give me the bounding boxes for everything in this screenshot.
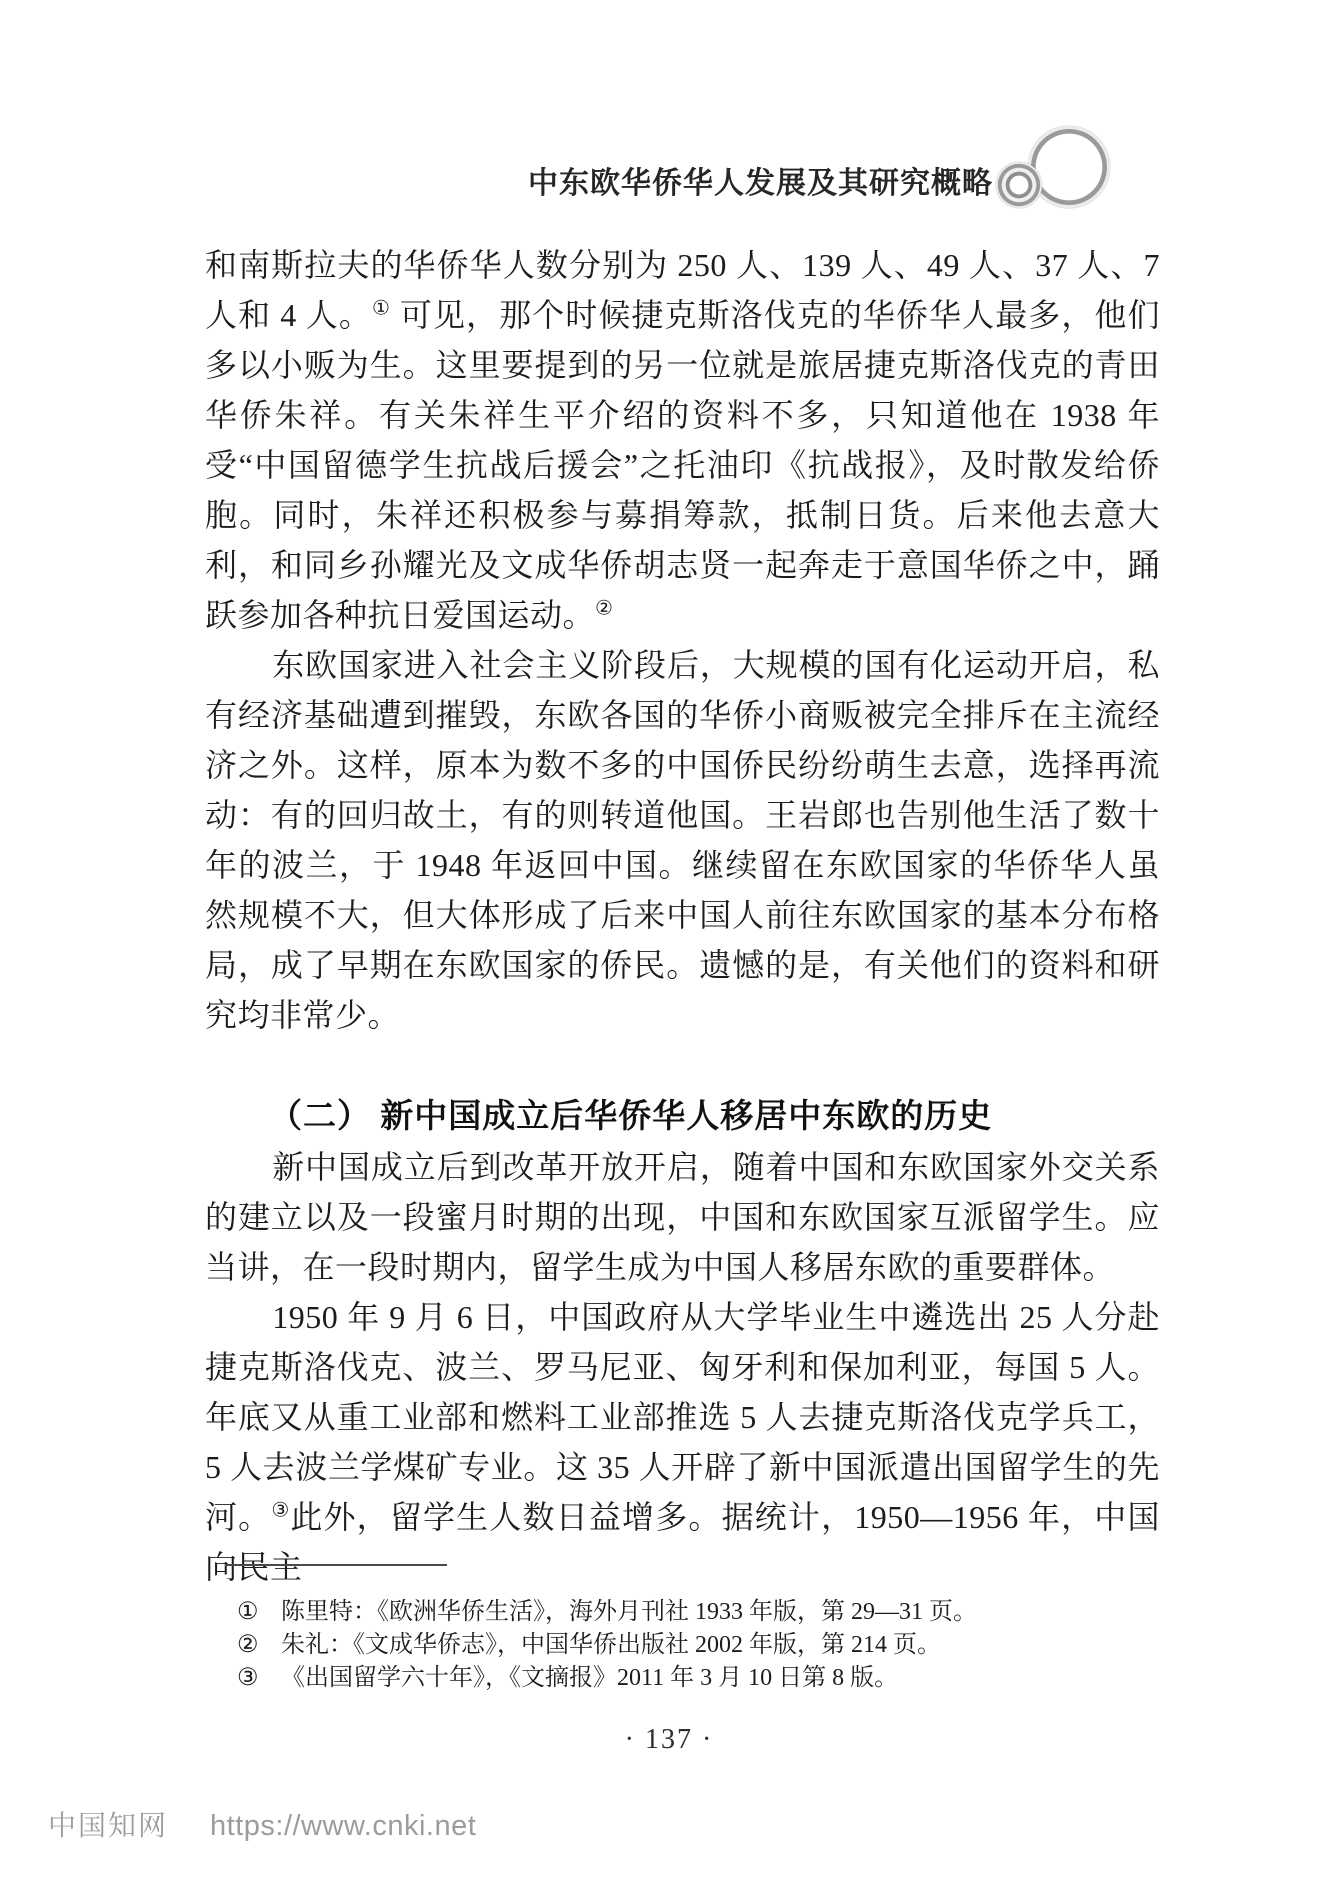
cnki-watermark: 中国知网 https://www.cnki.net (48, 1804, 476, 1844)
paragraph: 东欧国家进入社会主义阶段后，大规模的国有化运动开启，私有经济基础遭到摧毁，东欧各… (205, 640, 1160, 1040)
footnote-list: ① 陈里特：《欧洲华侨生活》，海外月刊社 1933 年版，第 29—31 页。 … (205, 1596, 1160, 1695)
footnote-marker: ③ (205, 1662, 281, 1695)
footnote-separator (225, 1564, 447, 1566)
footnote-text: 陈里特：《欧洲华侨生活》，海外月刊社 1933 年版，第 29—31 页。 (281, 1596, 1160, 1629)
running-head-title: 中东欧华侨华人发展及其研究概略 (528, 158, 993, 202)
large-ring-icon (1028, 126, 1110, 208)
footnote-item: ① 陈里特：《欧洲华侨生活》，海外月刊社 1933 年版，第 29—31 页。 (205, 1596, 1160, 1629)
footnote-text: 《出国留学六十年》，《文摘报》2011 年 3 月 10 日第 8 版。 (281, 1662, 1160, 1695)
page-number: · 137 · (0, 1722, 1338, 1758)
footnote-item: ③ 《出国留学六十年》，《文摘报》2011 年 3 月 10 日第 8 版。 (205, 1662, 1160, 1695)
footnote-item: ② 朱礼：《文成华侨志》，中国华侨出版社 2002 年版，第 214 页。 (205, 1629, 1160, 1662)
section-heading: （二） 新中国成立后华侨华人移居中东欧的历史 (205, 1092, 1160, 1142)
page-header: 中东欧华侨华人发展及其研究概略 (0, 0, 1338, 220)
paragraph-continuation: 和南斯拉夫的华侨华人数分别为 250 人、139 人、49 人、37 人、7 人… (205, 240, 1160, 640)
page-body: 和南斯拉夫的华侨华人数分别为 250 人、139 人、49 人、37 人、7 人… (205, 240, 1160, 1592)
footnote-marker: ① (205, 1596, 281, 1629)
cnki-site-url: https://www.cnki.net (210, 1810, 476, 1843)
chapter-rings-logo-icon (990, 120, 1125, 220)
paragraph: 1950 年 9 月 6 日，中国政府从大学毕业生中遴选出 25 人分赴捷克斯洛… (205, 1292, 1160, 1592)
footnote-marker: ② (205, 1629, 281, 1662)
small-ring-icon (996, 162, 1042, 208)
paragraph: 新中国成立后到改革开放开启，随着中国和东欧国家外交关系的建立以及一段蜜月时期的出… (205, 1142, 1160, 1292)
cnki-site-name: 中国知网 (48, 1804, 168, 1844)
footnote-text: 朱礼：《文成华侨志》，中国华侨出版社 2002 年版，第 214 页。 (281, 1629, 1160, 1662)
scanned-book-page: { "colors": { "body_text": "#1c1c1c", "w… (0, 0, 1338, 1890)
